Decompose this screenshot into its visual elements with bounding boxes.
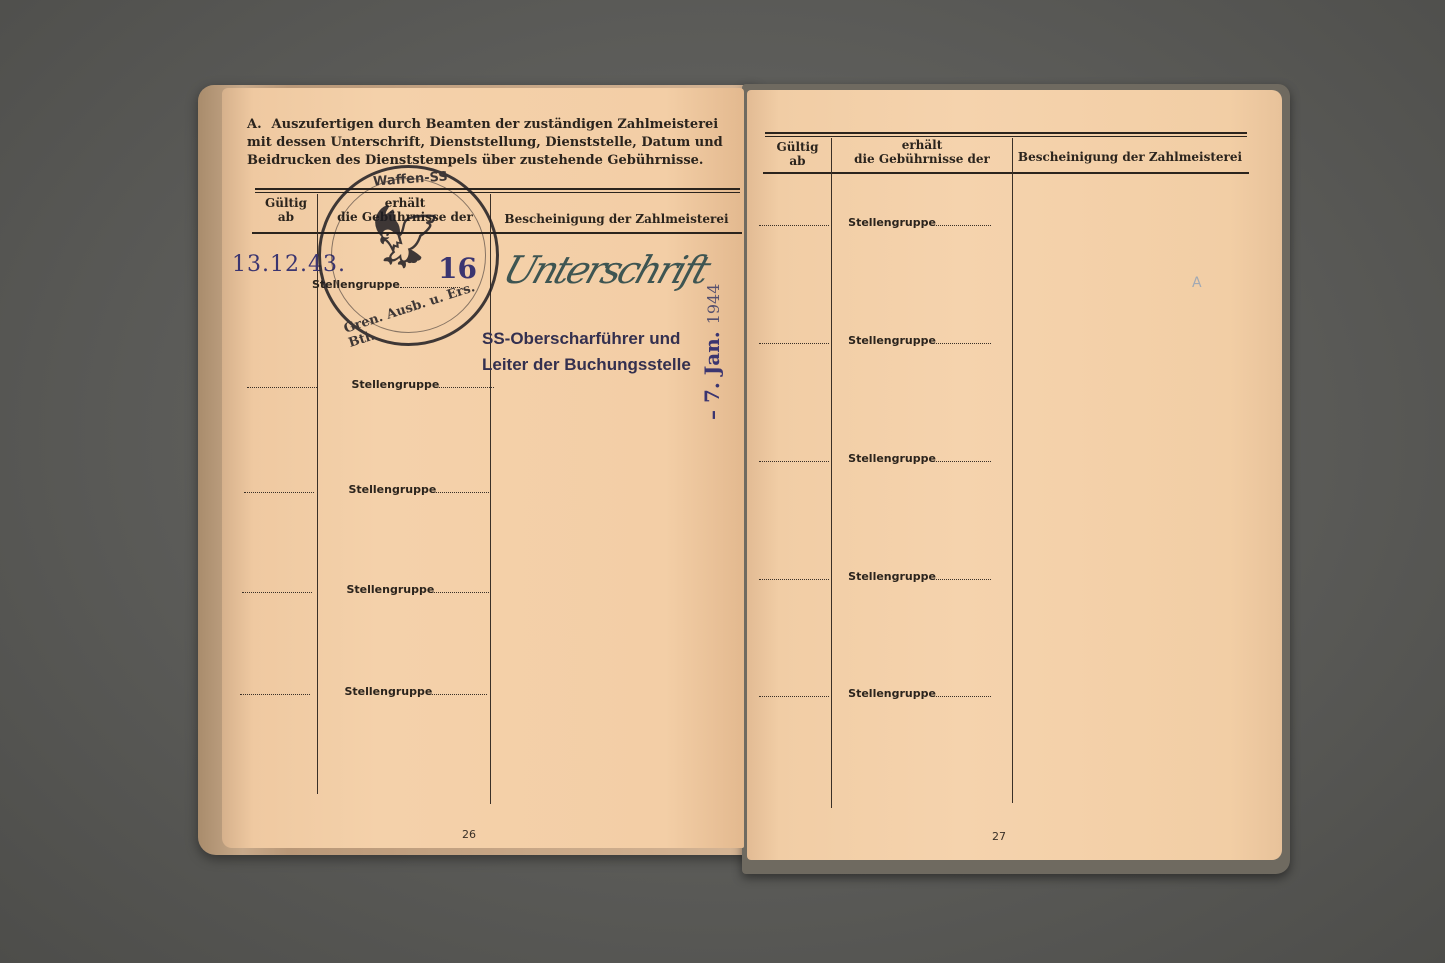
- table-row: Stellengruppe: [240, 685, 487, 698]
- table-row: Stellengruppe: [759, 570, 991, 583]
- column-divider-2: [1012, 138, 1013, 803]
- table-row: Stellengruppe: [247, 378, 494, 391]
- col-header-gebuehrnisse: erhält die Gebührnisse der: [833, 138, 1011, 166]
- stellengruppe-label: Stellengruppe: [351, 378, 439, 391]
- instruction-text: Auszufertigen durch Beamten der zuständi…: [247, 117, 723, 168]
- stellengruppe-label: Stellengruppe: [848, 452, 936, 465]
- col-header-bescheinigung: Bescheinigung der Zahlmeisterei: [494, 212, 739, 226]
- instruction-paragraph: A. Auszufertigen durch Beamten der zustä…: [247, 116, 737, 170]
- header-top-rule: [255, 188, 740, 190]
- header-top-rule-thin: [255, 192, 740, 193]
- pencil-mark: A: [1192, 275, 1202, 291]
- date-stamp-year: 1944: [704, 284, 723, 325]
- page-number: 26: [462, 828, 476, 841]
- col-header-gueltig: Gültig ab: [255, 196, 317, 224]
- col-header-gebuehrnisse-line1: erhält: [833, 138, 1011, 152]
- stellengruppe-label: Stellengruppe: [348, 483, 436, 496]
- col-header-gueltig-line1: Gültig: [765, 140, 830, 154]
- table-row: Stellengruppe: [759, 334, 991, 347]
- col-header-bescheinigung: Bescheinigung der Zahlmeisterei: [1015, 150, 1245, 164]
- col-header-gebuehrnisse-line2: die Gebührnisse der: [833, 152, 1011, 166]
- page-number: 27: [992, 830, 1006, 843]
- signature: Unterschrift: [498, 248, 714, 292]
- table-row: Stellengruppe: [242, 583, 489, 596]
- col-header-gueltig-line2: ab: [255, 210, 317, 224]
- stellengruppe-value: 16: [438, 252, 477, 285]
- stellengruppe-label: Stellengruppe: [848, 687, 936, 700]
- stellengruppe-label: Stellengruppe: [346, 583, 434, 596]
- rank-stamp: SS-Oberscharführer und Leiter der Buchun…: [482, 326, 691, 378]
- col-header-gueltig-line2: ab: [765, 154, 830, 168]
- table-row: Stellengruppe: [759, 216, 991, 229]
- stellengruppe-label: Stellengruppe: [344, 685, 432, 698]
- date-stamp: – 7. Jan. 1944: [700, 284, 724, 420]
- rank-stamp-line2: Leiter der Buchungsstelle: [482, 352, 691, 378]
- rank-stamp-line1: SS-Oberscharführer und: [482, 326, 691, 352]
- col-header-gueltig-line1: Gültig: [255, 196, 317, 210]
- page-27: Gültig ab erhält die Gebührnisse der Bes…: [747, 90, 1282, 860]
- eagle-emblem-icon: 🦅︎: [366, 206, 445, 268]
- stellengruppe-label: Stellengruppe: [848, 570, 936, 583]
- header-bottom-rule: [763, 172, 1249, 174]
- stellengruppe-label: Stellengruppe: [848, 216, 936, 229]
- col-header-gueltig: Gültig ab: [765, 140, 830, 168]
- page-26: A. Auszufertigen durch Beamten der zustä…: [222, 88, 744, 848]
- header-top-rule: [765, 132, 1247, 134]
- stellengruppe-label: Stellengruppe: [848, 334, 936, 347]
- table-row: Stellengruppe: [759, 452, 991, 465]
- date-stamp-day: – 7. Jan.: [700, 331, 724, 420]
- table-row: Stellengruppe: [244, 483, 491, 496]
- table-row: Stellengruppe: [759, 687, 991, 700]
- instruction-number: A.: [247, 116, 267, 134]
- header-top-rule-thin: [765, 136, 1247, 137]
- column-divider-1: [831, 138, 832, 808]
